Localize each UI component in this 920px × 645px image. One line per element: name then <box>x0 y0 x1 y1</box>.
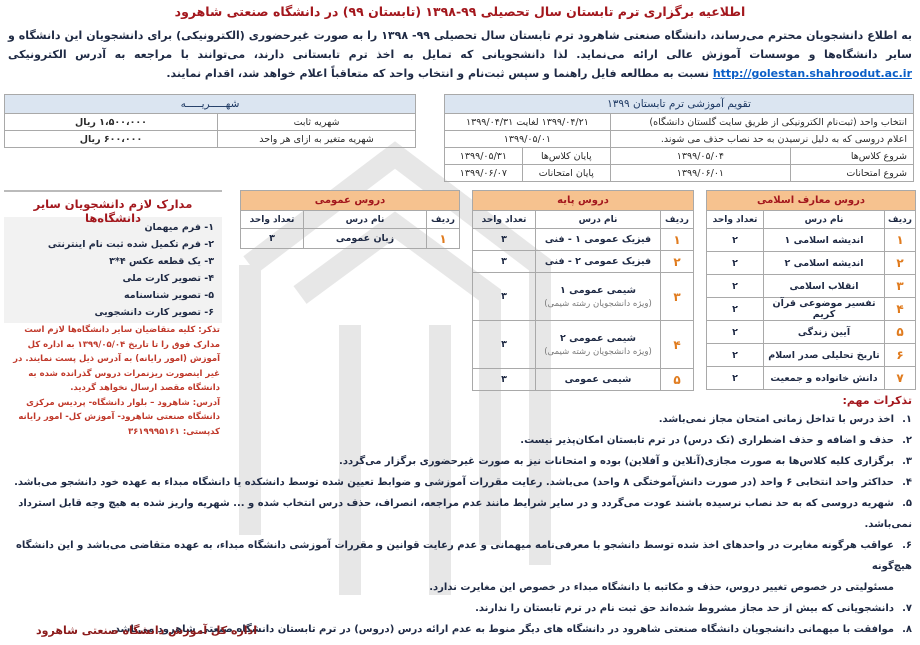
calendar-label: انتخاب واحد (ثبت‌نام الکترونیکی از طریق … <box>610 114 913 131</box>
course-name: تفسیر موضوعی قرآن کریم <box>764 298 885 321</box>
page-title: اطلاعیه برگزاری ترم تابستان سال تحصیلی ۹… <box>0 4 920 19</box>
table-row: ۳شیمی عمومی ۱(ویژه دانشجویان رشته شیمی)۳ <box>473 273 694 321</box>
course-name: شیمی عمومی ۱ <box>560 285 636 296</box>
col-units-header: تعداد واحد <box>707 211 764 229</box>
calendar-value: ۱۳۹۹/۰۵/۰۴ <box>610 148 790 165</box>
note-item: ۱.اخذ درس با تداخل زمانی امتحان مجاز نمی… <box>8 409 912 430</box>
course-name-cell: شیمی عمومی ۱(ویژه دانشجویان رشته شیمی) <box>536 273 661 321</box>
basic-courses-table: دروس پایه ردیف نام درس تعداد واحد ۱فیزیک… <box>472 190 694 391</box>
row-number: ۱ <box>427 229 460 249</box>
calendar-label: اعلام دروسی که به دلیل نرسیدن به حد نصاب… <box>610 131 913 148</box>
note-text: حداکثر واحد انتخابی ۶ واحد (در صورت دانش… <box>14 477 894 488</box>
row-number: ۵ <box>885 321 916 344</box>
note-number: ۲. <box>894 430 912 451</box>
basic-courses-title: دروس پایه <box>473 191 694 211</box>
table-row: ۴تفسیر موضوعی قرآن کریم۲ <box>707 298 916 321</box>
table-row: ۶تاریخ تحلیلی صدر اسلام۲ <box>707 344 916 367</box>
signature: اداره کل آموزش دانشگاه صنعتی شاهرود <box>36 624 257 637</box>
table-row: ۱اندیشه اسلامی ۱۲ <box>707 229 916 252</box>
row-number: ۴ <box>661 321 694 369</box>
calendar-row: شروع امتحانات ۱۳۹۹/۰۶/۰۱ پایان امتحانات … <box>445 165 914 182</box>
note-text: عواقب هرگونه مغایرت در واحدهای اخذ شده ت… <box>16 540 912 572</box>
col-row-header: ردیف <box>885 211 916 229</box>
course-name: آیین زندگی <box>764 321 885 344</box>
calendar-row: اعلام دروسی که به دلیل نرسیدن به حد نصاب… <box>445 131 914 148</box>
course-units: ۲ <box>707 344 764 367</box>
fee-value: ۶۰۰،۰۰۰ ریال <box>5 131 218 148</box>
document-item: ۲- فرم تکمیل شده ثبت نام اینترنتی <box>4 236 214 253</box>
note-item: ۳.برگزاری کلیه کلاس‌ها به صورت مجازی(آنل… <box>8 451 912 472</box>
intro-paragraph: به اطلاع دانشجویان محترم می‌رساند، دانشگ… <box>8 26 912 83</box>
table-row: ۱زبان عمومی۳ <box>241 229 460 249</box>
course-units: ۳ <box>473 273 536 321</box>
calendar-label: پایان کلاس‌ها <box>522 148 610 165</box>
important-notes: تذکرات مهم: ۱.اخذ درس با تداخل زمانی امت… <box>8 394 912 640</box>
fee-label: شهریه متغیر به ازای هر واحد <box>218 131 416 148</box>
calendar-value: ۱۳۹۹/۰۶/۰۷ <box>445 165 523 182</box>
calendar-label: پایان امتحانات <box>522 165 610 182</box>
course-note: (ویژه دانشجویان رشته شیمی) <box>538 299 658 309</box>
course-units: ۲ <box>707 229 764 252</box>
course-units: ۳ <box>241 229 304 249</box>
documents-title: مدارک لازم دانشجویان سایر دانشگاه‌ها <box>4 190 222 217</box>
note-number: ۶. <box>894 535 912 556</box>
course-name: دانش خانواده و جمعیت <box>764 367 885 390</box>
course-units: ۳ <box>473 321 536 369</box>
col-units-header: تعداد واحد <box>473 211 536 229</box>
fee-value: ۱،۵۰۰،۰۰۰ ریال <box>5 114 218 131</box>
note-item: ۲.حذف و اضافه و حذف اضطراری (تک درس) در … <box>8 430 912 451</box>
intro-text-before-link: به اطلاع دانشجویان محترم می‌رساند، دانشگ… <box>8 29 912 61</box>
course-units: ۲ <box>707 298 764 321</box>
row-number: ۵ <box>661 369 694 391</box>
document-item: ۶- تصویر کارت دانشجویی <box>4 304 214 321</box>
calendar-value: ۱۳۹۹/۰۶/۰۱ <box>610 165 790 182</box>
course-units: ۲ <box>707 321 764 344</box>
note-text: حذف و اضافه و حذف اضطراری (تک درس) در تر… <box>520 435 894 446</box>
note-text: شهریه دروسی که به حد نصاب نرسیده باشند ع… <box>18 498 912 530</box>
calendar-row: شروع کلاس‌ها ۱۳۹۹/۰۵/۰۴ پایان کلاس‌ها ۱۳… <box>445 148 914 165</box>
calendar-label: شروع امتحانات <box>791 165 914 182</box>
note-number: ۴. <box>894 472 912 493</box>
fee-title: شهـــــریـــــه <box>5 95 416 114</box>
calendar-title: تقویم آموزشی ترم تابستان ۱۳۹۹ <box>445 95 914 114</box>
islamic-courses-title: دروس معارف اسلامی <box>707 191 916 211</box>
note-number: ۱. <box>894 409 912 430</box>
course-name: اندیشه اسلامی ۱ <box>764 229 885 252</box>
table-row: ۲اندیشه اسلامی ۲۲ <box>707 252 916 275</box>
document-item: ۴- تصویر کارت ملی <box>4 270 214 287</box>
col-name-header: نام درس <box>764 211 885 229</box>
general-courses-table: دروس عمومی ردیف نام درس تعداد واحد ۱زبان… <box>240 190 460 249</box>
calendar-row: انتخاب واحد (ثبت‌نام الکترونیکی از طریق … <box>445 114 914 131</box>
table-row: ۲فیزیک عمومی ۲ - فنی۳ <box>473 251 694 273</box>
row-number: ۱ <box>885 229 916 252</box>
course-units: ۲ <box>707 275 764 298</box>
course-units: ۳ <box>473 369 536 391</box>
calendar-value: ۱۳۹۹/۰۴/۲۱ لغایت ۱۳۹۹/۰۴/۳۱ <box>445 114 611 131</box>
notes-title: تذکرات مهم: <box>8 394 912 407</box>
tuition-fee-table: شهـــــریـــــه شهریه ثابت ۱،۵۰۰،۰۰۰ ریا… <box>4 94 416 148</box>
fee-row: شهریه متغیر به ازای هر واحد ۶۰۰،۰۰۰ ریال <box>5 131 416 148</box>
course-name: اندیشه اسلامی ۲ <box>764 252 885 275</box>
course-units: ۲ <box>707 252 764 275</box>
general-courses-title: دروس عمومی <box>241 191 460 211</box>
col-row-header: ردیف <box>661 211 694 229</box>
row-number: ۶ <box>885 344 916 367</box>
course-name: شیمی عمومی ۲ <box>560 333 636 344</box>
table-row: ۱فیزیک عمومی ۱ - فنی۳ <box>473 229 694 251</box>
note-item: ۶.عواقب هرگونه مغایرت در واحدهای اخذ شده… <box>8 535 912 577</box>
note-item: ۴.حداکثر واحد انتخابی ۶ واحد (در صورت دا… <box>8 472 912 493</box>
note-item: ۵.شهریه دروسی که به حد نصاب نرسیده باشند… <box>8 493 912 535</box>
note-item-continuation: مسئولیتی در خصوص تغییر دروس، حذف و مکاتب… <box>8 577 912 598</box>
note-number: ۵. <box>894 493 912 514</box>
row-number: ۳ <box>661 273 694 321</box>
course-units: ۳ <box>473 229 536 251</box>
row-number: ۲ <box>885 252 916 275</box>
fee-label: شهریه ثابت <box>218 114 416 131</box>
islamic-courses-table: دروس معارف اسلامی ردیف نام درس تعداد واح… <box>706 190 916 390</box>
intro-text-after-link: نسبت به مطالعه فایل راهنما و سپس ثبت‌نام… <box>166 67 709 80</box>
course-units: ۲ <box>707 367 764 390</box>
calendar-label: شروع کلاس‌ها <box>791 148 914 165</box>
row-number: ۳ <box>885 275 916 298</box>
course-units: ۳ <box>473 251 536 273</box>
col-row-header: ردیف <box>427 211 460 229</box>
course-name: زبان عمومی <box>304 229 427 249</box>
row-number: ۷ <box>885 367 916 390</box>
documents-list: ۱- فرم میهمان ۲- فرم تکمیل شده ثبت نام ا… <box>4 217 222 323</box>
course-name: فیزیک عمومی ۲ - فنی <box>536 251 661 273</box>
row-number: ۴ <box>885 298 916 321</box>
table-row: ۴شیمی عمومی ۲(ویژه دانشجویان رشته شیمی)۳ <box>473 321 694 369</box>
table-row: ۵شیمی عمومی۳ <box>473 369 694 391</box>
table-row: ۳انقلاب اسلامی۲ <box>707 275 916 298</box>
row-number: ۱ <box>661 229 694 251</box>
golestan-link[interactable]: http://golestan.shahroodut.ac.ir <box>713 67 912 80</box>
note-text: برگزاری کلیه کلاس‌ها به صورت مجازی(آنلای… <box>339 456 894 467</box>
row-number: ۲ <box>661 251 694 273</box>
note-number: ۳. <box>894 451 912 472</box>
calendar-value: ۱۳۹۹/۰۵/۰۱ <box>445 131 611 148</box>
course-name: انقلاب اسلامی <box>764 275 885 298</box>
col-units-header: تعداد واحد <box>241 211 304 229</box>
col-name-header: نام درس <box>304 211 427 229</box>
table-row: ۵آیین زندگی۲ <box>707 321 916 344</box>
documents-note: تذکر: کلیه متقاضیان سایر دانشگاه‌ها لازم… <box>4 323 222 396</box>
course-name: فیزیک عمومی ۱ - فنی <box>536 229 661 251</box>
note-text: دانشجویانی که بیش از حد مجاز مشروط شده‌ا… <box>475 603 894 614</box>
note-number: ۸. <box>894 619 912 640</box>
document-item: ۳- یک قطعه عکس ۴*۳ <box>4 253 214 270</box>
course-name-cell: شیمی عمومی ۲(ویژه دانشجویان رشته شیمی) <box>536 321 661 369</box>
course-note: (ویژه دانشجویان رشته شیمی) <box>538 347 658 357</box>
course-name: تاریخ تحلیلی صدر اسلام <box>764 344 885 367</box>
col-name-header: نام درس <box>536 211 661 229</box>
document-item: ۵- تصویر شناسنامه <box>4 287 214 304</box>
note-number: ۷. <box>894 598 912 619</box>
fee-row: شهریه ثابت ۱،۵۰۰،۰۰۰ ریال <box>5 114 416 131</box>
note-item: ۷.دانشجویانی که بیش از حد مجاز مشروط شده… <box>8 598 912 619</box>
table-row: ۷دانش خانواده و جمعیت۲ <box>707 367 916 390</box>
academic-calendar-table: تقویم آموزشی ترم تابستان ۱۳۹۹ انتخاب واح… <box>444 94 914 182</box>
course-name: شیمی عمومی <box>536 369 661 391</box>
note-text: اخذ درس با تداخل زمانی امتحان مجاز نمی‌ب… <box>659 414 894 425</box>
calendar-value: ۱۳۹۹/۰۵/۳۱ <box>445 148 523 165</box>
